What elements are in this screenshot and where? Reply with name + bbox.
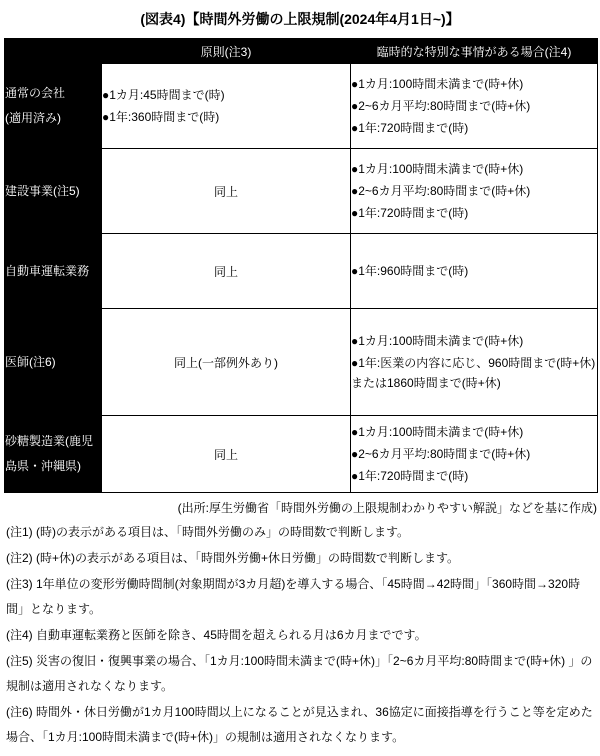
row-label-sugar-manufacturing: 砂糖製造業(鹿児島県・沖縄県) — [5, 416, 102, 493]
row-label-line: 砂糖製造業(鹿児島県・沖縄県) — [5, 429, 101, 479]
row-label-ordinary-company: 通常の会社 (適用済み) — [5, 64, 102, 149]
notes-section: (注1) (時)の表示がある項目は、「時間外労働のみ」の時間数で判断します。 (… — [0, 517, 600, 750]
bullet-item: ●1年:960時間まで(時) — [351, 261, 597, 281]
regulation-table: 原則(注3) 臨時的な特別な事情がある場合(注4) 通常の会社 (適用済み) ●… — [4, 38, 598, 493]
cell-principle: 同上 — [102, 416, 351, 493]
cell-special-case: ●1カ月:100時間未満まで(時+休) ●1年:医業の内容に応じ、960時間まで… — [351, 309, 598, 416]
row-label-construction: 建設事業(注5) — [5, 149, 102, 234]
bullet-item: ●1カ月:100時間未満まで(時+休) — [351, 74, 597, 94]
note-6: (注6) 時間外・休日労働が1カ月100時間以上になることが見込まれ、36協定に… — [6, 700, 596, 750]
bullet-item: ●2~6カ月平均:80時間まで(時+休) — [351, 96, 597, 116]
bullet-item: ●1年:720時間まで(時) — [351, 203, 597, 223]
bullet-item: ●1カ月:100時間未満まで(時+休) — [351, 422, 597, 442]
bullet-item: ●1年:720時間まで(時) — [351, 466, 597, 486]
header-cell-principle: 原則(注3) — [102, 39, 351, 64]
document: { "title": "(図表4)【時間外労働の上限規制(2024年4月1日~)… — [0, 0, 600, 756]
table-row-driving: 自動車運転業務 同上 ●1年:960時間まで(時) — [5, 234, 598, 309]
note-3: (注3) 1年単位の変形労働時間制(対象期間が3カ月超)を導入する場合、「45時… — [6, 572, 596, 622]
header-cell-category — [5, 39, 102, 64]
row-label-line: 通常の会社 — [5, 81, 101, 106]
table-row-construction: 建設事業(注5) 同上 ●1カ月:100時間未満まで(時+休) ●2~6カ月平均… — [5, 149, 598, 234]
bullet-item: ●2~6カ月平均:80時間まで(時+休) — [351, 181, 597, 201]
cell-principle: 同上 — [102, 149, 351, 234]
cell-special-case: ●1カ月:100時間未満まで(時+休) ●2~6カ月平均:80時間まで(時+休)… — [351, 416, 598, 493]
cell-special-case: ●1カ月:100時間未満まで(時+休) ●2~6カ月平均:80時間まで(時+休)… — [351, 64, 598, 149]
row-label-line: (適用済み) — [5, 106, 101, 131]
bullet-item: ●1カ月:100時間未満まで(時+休) — [351, 331, 597, 351]
bullet-item: ●1年:医業の内容に応じ、960時間まで(時+休)または1860時間まで(時+休… — [351, 353, 597, 393]
bullet-item: ●1カ月:100時間未満まで(時+休) — [351, 159, 597, 179]
bullet-item: ●1年:360時間まで(時) — [102, 107, 350, 127]
table-header-row: 原則(注3) 臨時的な特別な事情がある場合(注4) — [5, 39, 598, 64]
cell-principle: ●1カ月:45時間まで(時) ●1年:360時間まで(時) — [102, 64, 351, 149]
note-2: (注2) (時+休)の表示がある項目は、「時間外労働+休日労働」の時間数で判断し… — [6, 546, 596, 571]
row-label-line: 医師(注6) — [5, 350, 101, 375]
table-row-doctor: 医師(注6) 同上(一部例外あり) ●1カ月:100時間未満まで(時+休) ●1… — [5, 309, 598, 416]
row-label-doctor: 医師(注6) — [5, 309, 102, 416]
note-4: (注4) 自動車運転業務と医師を除き、45時間を超えられる月は6カ月までです。 — [6, 623, 596, 648]
table-row-ordinary-company: 通常の会社 (適用済み) ●1カ月:45時間まで(時) ●1年:360時間まで(… — [5, 64, 598, 149]
row-label-line: 建設事業(注5) — [5, 179, 101, 204]
bullet-item: ●2~6カ月平均:80時間まで(時+休) — [351, 444, 597, 464]
figure-title: (図表4)【時間外労働の上限規制(2024年4月1日~)】 — [0, 0, 600, 29]
row-label-line: 自動車運転業務 — [5, 259, 101, 284]
cell-principle: 同上(一部例外あり) — [102, 309, 351, 416]
cell-special-case: ●1カ月:100時間未満まで(時+休) ●2~6カ月平均:80時間まで(時+休)… — [351, 149, 598, 234]
table-row-sugar-manufacturing: 砂糖製造業(鹿児島県・沖縄県) 同上 ●1カ月:100時間未満まで(時+休) ●… — [5, 416, 598, 493]
header-cell-special-case: 臨時的な特別な事情がある場合(注4) — [351, 39, 598, 64]
cell-special-case: ●1年:960時間まで(時) — [351, 234, 598, 309]
cell-principle: 同上 — [102, 234, 351, 309]
note-5: (注5) 災害の復旧・復興事業の場合、「1カ月:100時間未満まで(時+休)」「… — [6, 649, 596, 699]
row-label-driving: 自動車運転業務 — [5, 234, 102, 309]
note-1: (注1) (時)の表示がある項目は、「時間外労働のみ」の時間数で判断します。 — [6, 520, 596, 545]
source-note: (出所:厚生労働省「時間外労働の上限規制わかりやすい解説」などを基に作成) — [0, 493, 600, 517]
bullet-item: ●1カ月:45時間まで(時) — [102, 85, 350, 105]
bullet-item: ●1年:720時間まで(時) — [351, 118, 597, 138]
